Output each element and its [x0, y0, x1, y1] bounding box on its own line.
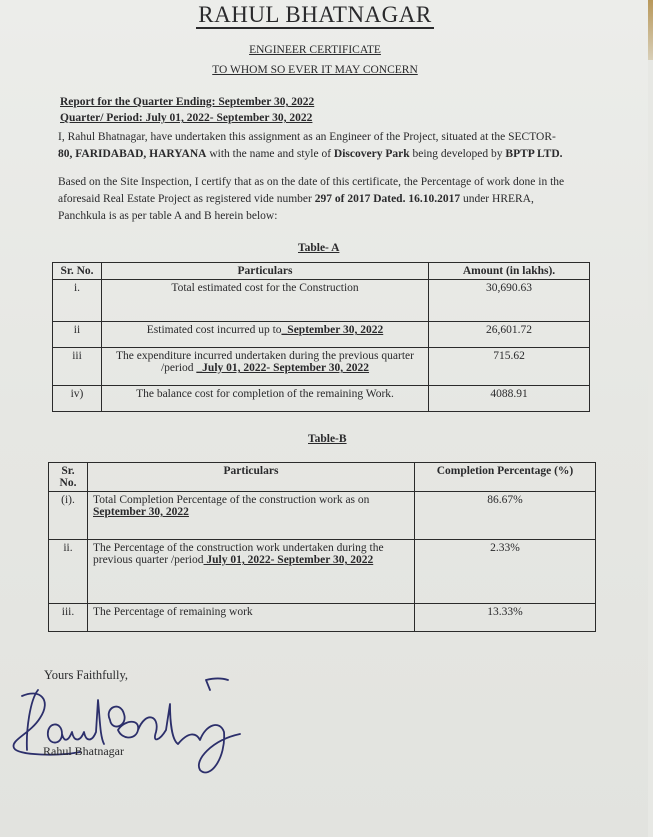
addressee-line: TO WHOM SO EVER IT MAY CONCERN: [0, 64, 630, 76]
table-b: Sr. No. Particulars Completion Percentag…: [48, 462, 596, 632]
sr-no: i.: [53, 280, 102, 322]
table-row: iv) The balance cost for completion of t…: [53, 386, 590, 412]
header-particulars: Particulars: [102, 263, 429, 280]
header-completion-percentage: Completion Percentage (%): [415, 463, 596, 492]
sr-no: iii.: [49, 604, 88, 632]
handwritten-signature: [0, 660, 360, 790]
table-row: ii Estimated cost incurred up to_Septemb…: [53, 322, 590, 348]
page-edge: [648, 0, 653, 60]
particulars: Estimated cost incurred up to_September …: [102, 322, 429, 348]
table-row: i. Total estimated cost for the Construc…: [53, 280, 590, 322]
table-row: (i). Total Completion Percentage of the …: [49, 492, 596, 540]
table-b-caption: Table-B: [308, 433, 347, 445]
particulars: Total Completion Percentage of the const…: [88, 492, 415, 540]
amount: 4088.91: [429, 386, 590, 412]
header-sr-no: Sr. No.: [49, 463, 88, 492]
certificate-title: ENGINEER CERTIFICATE: [0, 44, 630, 56]
sr-no: iv): [53, 386, 102, 412]
header-sr-no: Sr. No.: [53, 263, 102, 280]
sr-no: iii: [53, 348, 102, 386]
percentage: 86.67%: [415, 492, 596, 540]
particulars: The Percentage of the construction work …: [88, 540, 415, 604]
table-header-row: Sr. No. Particulars Completion Percentag…: [49, 463, 596, 492]
amount: 715.62: [429, 348, 590, 386]
certification-paragraph: Based on the Site Inspection, I certify …: [58, 174, 583, 225]
header-particulars: Particulars: [88, 463, 415, 492]
table-row: ii. The Percentage of the construction w…: [49, 540, 596, 604]
particulars: The balance cost for completion of the r…: [102, 386, 429, 412]
header-amount: Amount (in lakhs).: [429, 263, 590, 280]
table-header-row: Sr. No. Particulars Amount (in lakhs).: [53, 263, 590, 280]
table-a-caption: Table- A: [298, 242, 339, 254]
signatory-name: Rahul Bhatnagar: [43, 744, 124, 759]
particulars: The Percentage of remaining work: [88, 604, 415, 632]
quarter-ending-line: Report for the Quarter Ending: September…: [60, 96, 314, 108]
amount: 26,601.72: [429, 322, 590, 348]
sr-no: ii.: [49, 540, 88, 604]
percentage: 2.33%: [415, 540, 596, 604]
amount: 30,690.63: [429, 280, 590, 322]
particulars: The expenditure incurred undertaken duri…: [102, 348, 429, 386]
letterhead-name: RAHUL BHATNAGAR: [0, 2, 630, 28]
table-row: iii The expenditure incurred undertaken …: [53, 348, 590, 386]
sr-no: (i).: [49, 492, 88, 540]
particulars: Total estimated cost for the Constructio…: [102, 280, 429, 322]
table-row: iii. The Percentage of remaining work 13…: [49, 604, 596, 632]
quarter-period-line: Quarter/ Period: July 01, 2022- Septembe…: [60, 112, 312, 124]
table-a: Sr. No. Particulars Amount (in lakhs). i…: [52, 262, 590, 412]
sr-no: ii: [53, 322, 102, 348]
percentage: 13.33%: [415, 604, 596, 632]
assignment-paragraph: I, Rahul Bhatnagar, have undertaken this…: [58, 129, 583, 163]
